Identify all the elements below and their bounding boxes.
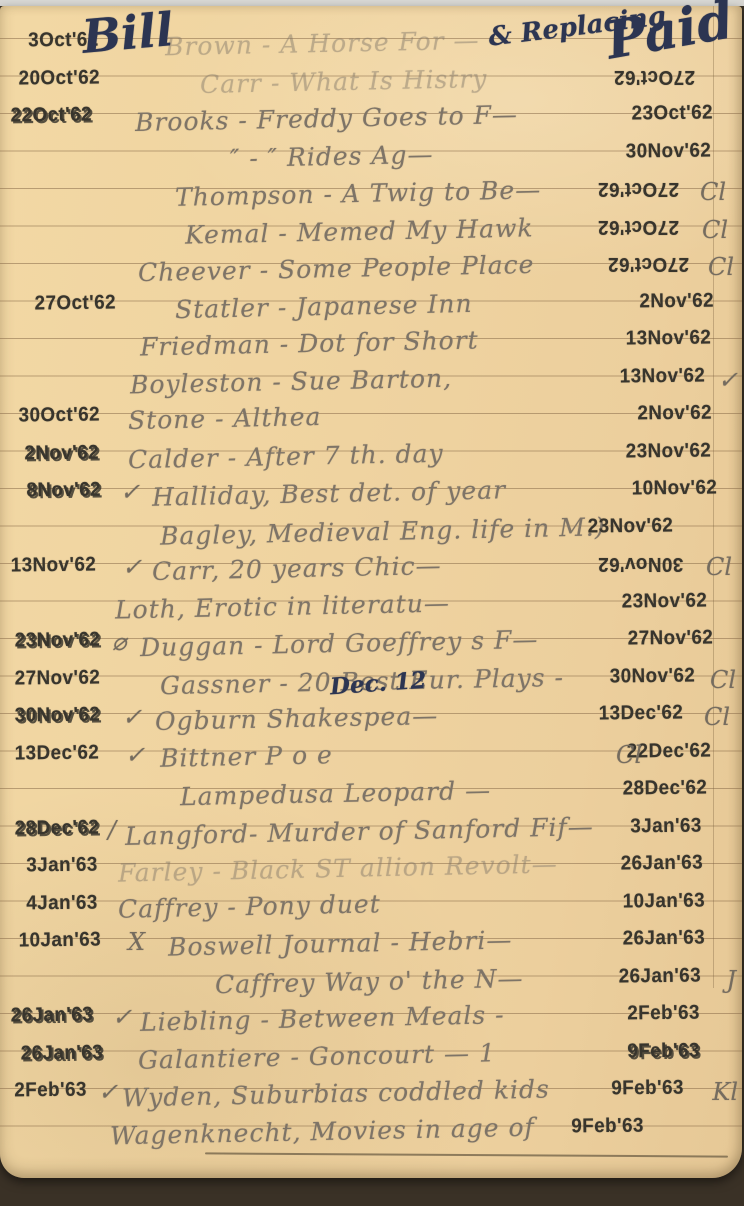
ledger-row: 4Jan'63 Caffrey - Pony duet 10Jan'63 (0, 881, 742, 919)
date-stamp-right: 13Dec'62 (599, 702, 684, 726)
ledger-row: ″ - ″ Rides Ag— 30Nov'62 (0, 131, 742, 169)
ledger-row: Thompson - A Twig to Be— 27Oct'62 Cl (0, 168, 742, 206)
date-stamp-left: 2Nov'62 (24, 441, 99, 465)
ink-annotation: Bill (80, 2, 176, 64)
date-stamp-right: 27Nov'62 (628, 627, 714, 651)
date-stamp-right: 23Nov'62 (626, 439, 712, 463)
date-stamp-right: 2Nov'62 (639, 289, 714, 313)
date-stamp-right: 9Feb'63 (627, 1039, 700, 1063)
date-stamp-right: 26Jan'63 (623, 927, 706, 951)
pencil-mark-left: ✓ (112, 1003, 132, 1031)
date-stamp-left: 30Nov'62 (15, 704, 101, 728)
date-stamp-right: 30Nov'62 (610, 664, 696, 688)
ledger-row: 22Oct'62 Brooks - Freddy Goes to F— 23Oc… (0, 93, 742, 131)
ledger-row: 27Oct'62 Statler - Japanese Inn 2Nov'62 (0, 281, 742, 319)
date-stamp-left: 4Jan'63 (26, 891, 98, 915)
ledger-row: Friedman - Dot for Short 13Nov'62 (0, 318, 742, 356)
date-stamp-right: 23Nov'62 (588, 514, 674, 538)
pencil-mark-left: / (108, 816, 116, 844)
date-stamp-right: 2Feb'63 (627, 1002, 700, 1026)
ledger-row: 30Nov'62 ✓ Ogburn Shakespea— 13Dec'62 Cl (0, 693, 742, 731)
pencil-mark-right: Cl (708, 253, 734, 281)
ledger-row: 10Jan'63 X Boswell Journal - Hebri— 26Ja… (0, 918, 742, 956)
date-stamp-left: 26Jan'63 (21, 1041, 104, 1065)
pencil-mark-right: Cl (616, 741, 642, 769)
pencil-mark-left: ✓ (120, 478, 140, 506)
date-stamp-right: 27Oct'62 (608, 252, 689, 275)
date-stamp-right: 30Nov'62 (626, 139, 712, 163)
date-stamp-left: 23Nov'62 (15, 629, 101, 653)
ledger-row: 28Dec'62 / Langford- Murder of Sanford F… (0, 806, 742, 844)
date-stamp-left: 28Dec'62 (15, 816, 100, 840)
date-stamp-left: 13Nov'62 (11, 554, 97, 578)
date-stamp-right: 27Oct'62 (598, 177, 679, 200)
ledger-row: 8Nov'62 ✓ Halliday, Best det. of year 10… (0, 468, 742, 506)
date-stamp-right: 10Nov'62 (632, 477, 718, 501)
pencil-mark-right: Cl (704, 703, 730, 731)
date-stamp-right: 13Nov'62 (620, 364, 706, 388)
pencil-mark-left: ⌀ (112, 628, 126, 656)
date-stamp-right: 30Nov'62 (598, 552, 684, 575)
pencil-mark-left: ✓ (122, 703, 142, 731)
ledger-row: 2Nov'62 Calder - After 7 th. day 23Nov'6… (0, 431, 742, 469)
ledger-row: Bagley, Medieval Eng. life in M.) 23Nov'… (0, 506, 742, 544)
ledger-row: 23Nov'62 ⌀ Duggan - Lord Goeffrey s F— 2… (0, 618, 742, 656)
library-ledger-card: 3Oct'62 Brown - A Horse For — 20Oct'62 C… (0, 6, 742, 1178)
pencil-mark-right: Cl (700, 178, 726, 206)
date-stamp-right: 13Nov'62 (626, 327, 712, 351)
ledger-row: 13Dec'62 ✓ Bittner P o e 22Dec'62 Cl (0, 731, 742, 769)
pencil-mark-right: Kl (712, 1078, 738, 1106)
date-stamp-left: 27Oct'62 (34, 291, 116, 315)
ledger-row: Caffrey Way o' the N— 26Jan'63 J (0, 956, 742, 994)
ledger-row: Kemal - Memed My Hawk 27Oct'62 Cl (0, 206, 742, 244)
pencil-mark-left: X (128, 928, 145, 956)
date-stamp-left: 10Jan'63 (19, 929, 102, 953)
ledger-row: 26Jan'63 Galantiere - Goncourt — 1 9Feb'… (0, 1031, 742, 1069)
ledger-row: 2Feb'63 ✓ Wyden, Suburbias coddled kids … (0, 1068, 742, 1106)
date-stamp-right: 9Feb'63 (611, 1077, 684, 1101)
date-stamp-right: 23Nov'62 (622, 589, 708, 613)
pencil-mark-left: ✓ (98, 1078, 118, 1106)
date-stamp-left: 27Nov'62 (15, 666, 101, 690)
ledger-row: Cheever - Some People Place 27Oct'62 Cl (0, 243, 742, 281)
pencil-mark-right: J (726, 966, 736, 994)
ledger-row: 30Oct'62 Stone - Althea 2Nov'62 (0, 393, 742, 431)
date-stamp-left: 22Oct'62 (10, 104, 92, 128)
pencil-mark-right: Cl (702, 216, 728, 244)
pencil-mark-right: Cl (706, 553, 732, 581)
date-stamp-left: 20Oct'62 (18, 66, 100, 90)
ledger-row: 26Jan'63 ✓ Liebling - Between Meals - 2F… (0, 993, 742, 1031)
handwritten-entry: Wagenknecht, Movies in age of (110, 1112, 535, 1150)
date-stamp-right: 26Jan'63 (621, 852, 704, 876)
date-stamp-left: 26Jan'63 (11, 1004, 94, 1028)
pencil-mark-left: ✓ (122, 553, 142, 581)
date-stamp-right: 27Oct'62 (598, 215, 679, 238)
pencil-mark-left: ✓ (125, 741, 145, 769)
ledger-row: Loth, Erotic in literatu— 23Nov'62 (0, 581, 742, 619)
ledger-row: Wagenknecht, Movies in age of 9Feb'63 (0, 1106, 742, 1144)
date-stamp-right: 10Jan'63 (623, 889, 706, 913)
pencil-mark-right: ✓ (718, 366, 738, 394)
date-stamp-right: 26Jan'63 (619, 964, 702, 988)
date-stamp-left: 3Jan'63 (26, 854, 98, 878)
ledger-row: Lampedusa Leopard — 28Dec'62 (0, 768, 742, 806)
ledger-row: Boyleston - Sue Barton, 13Nov'62 ✓ (0, 356, 742, 394)
date-stamp-left: 13Dec'62 (15, 741, 100, 765)
ledger-row: 3Jan'63 Farley - Black ST allion Revolt—… (0, 843, 742, 881)
ledger-row: 13Nov'62 ✓ Carr, 20 years Chic— 30Nov'62… (0, 543, 742, 581)
bottom-pencil-line (205, 1152, 728, 1157)
date-stamp-right: 23Oct'62 (632, 102, 714, 126)
pencil-mark-right: Cl (710, 666, 736, 694)
date-stamp-left: 2Feb'63 (14, 1079, 87, 1103)
date-stamp-right: 9Feb'63 (571, 1114, 644, 1138)
date-stamp-right: 2Nov'62 (637, 402, 712, 426)
date-stamp-right: 28Dec'62 (623, 777, 708, 801)
date-stamp-right: 3Jan'63 (630, 814, 702, 838)
date-stamp-left: 8Nov'62 (26, 479, 101, 503)
date-stamp-left: 30Oct'62 (18, 404, 100, 428)
